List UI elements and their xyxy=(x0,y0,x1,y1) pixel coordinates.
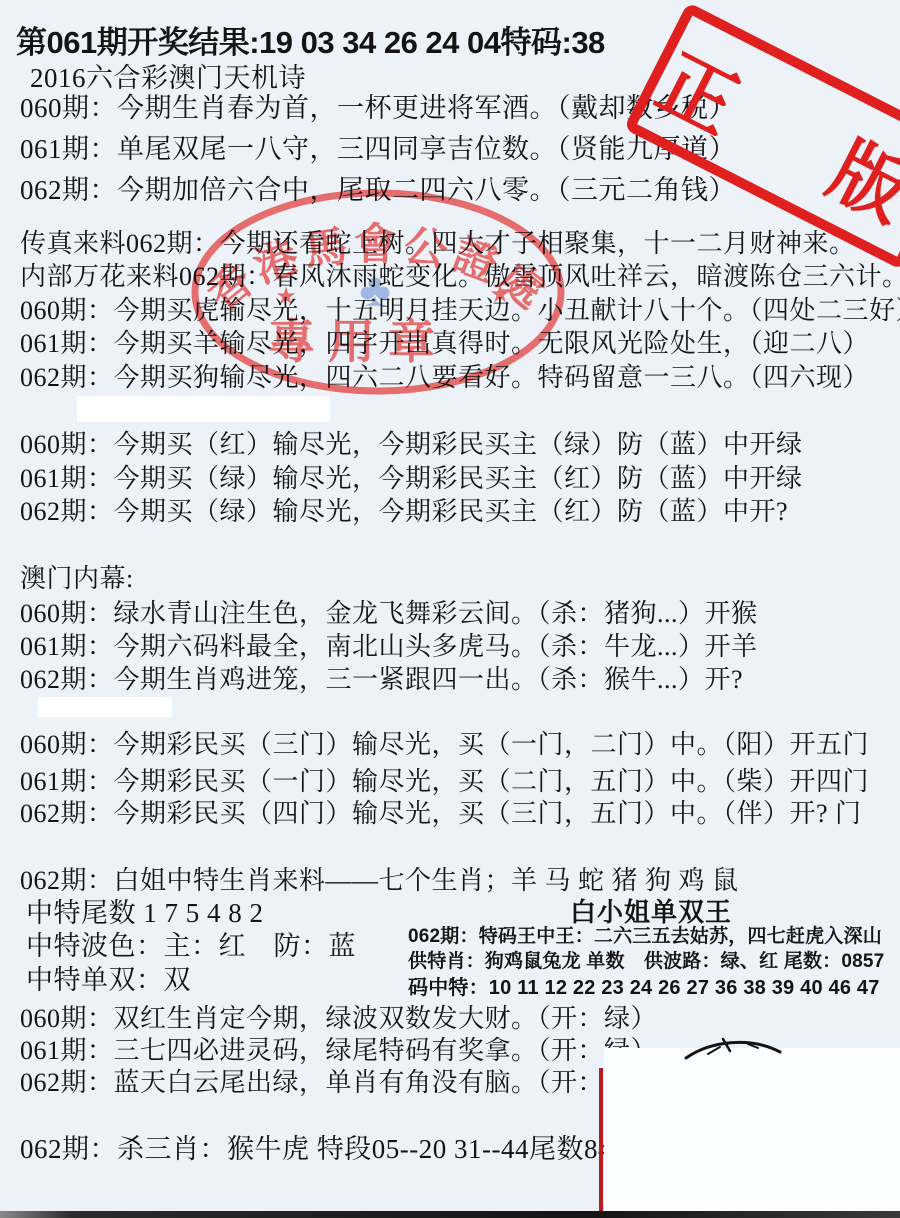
paper-edge-area xyxy=(604,1048,900,1212)
color-tip-line: 060期：今期买（红）输尽光，今期彩民买主（绿）防（蓝）中开绿 xyxy=(20,431,803,460)
chuanzhen-line: 061期：今期买羊输尽光，四字开出真得时。无限风光险处生，（迎二八） xyxy=(20,330,869,359)
zhongte-line: 中特尾数 1 7 5 4 8 2 xyxy=(26,899,264,929)
red-vertical-line xyxy=(599,1068,603,1212)
tianji-heading: 2016六合彩澳门天机诗 xyxy=(30,64,306,94)
men-tip-line: 061期：今期彩民买（一门）输尽光，买（二门，五门）中。（柴）开四门 xyxy=(20,768,869,797)
chuanzhen-line: 内部万花来料062期：春风沐雨蛇变化。傲雪顶风吐祥云，暗渡陈仓三六计。 xyxy=(20,263,900,292)
neimu-line: 061期：今期六码料最全，南北山头多虎马。（杀：牛龙...）开羊 xyxy=(20,633,758,662)
men-tip-line: 060期：今期彩民买（三门）输尽光，买（一门，二门）中。（阳）开五门 xyxy=(20,731,869,760)
kai-tip-line: 061期：三七四必进灵码，绿尾特码有奖拿。（开：绿） xyxy=(20,1037,657,1066)
page-title: 第061期开奖结果:19 03 34 26 24 04特码:38 xyxy=(16,26,605,60)
men-tip-line: 062期：今期彩民买（四门）输尽光，买（三门，五门）中。（伴）开? 门 xyxy=(20,800,862,829)
lottery-tip-sheet: ♣ 香港馬會公證處 ★ ★ 專用章 第061期开奖结果:19 03 34 26 … xyxy=(0,0,900,1218)
zhongte-line: 中特单双：双 xyxy=(26,966,191,996)
neimu-line: 062期：今期生肖鸡进笼，三一紧跟四一出。（杀：猴牛...）开? xyxy=(20,666,743,695)
whiteout-box xyxy=(38,697,172,717)
baixiaojie-line: 码中特：10 11 12 22 23 24 26 27 36 38 39 40 … xyxy=(408,971,880,1000)
kai-tip-line: 060期：双红生肖定今期，绿波双数发大财。（开：绿） xyxy=(20,1005,657,1034)
baixiaojie-line: 供特肖：狗鸡鼠兔龙 单数 供波路：绿、红 尾数：0857 xyxy=(408,946,884,973)
whiteout-box xyxy=(77,396,330,422)
baixiaojie-line: 062期：特码王中王：二六三五去姑苏，四七赶虎入深山 xyxy=(408,921,882,948)
neimu-heading: 澳门内幕: xyxy=(20,565,134,594)
kai-tip-line: 062期：蓝天白云尾出绿，单肖有角没有脑。（开：? ） xyxy=(20,1069,650,1098)
neimu-line: 060期：绿水青山注生色，金龙飞舞彩云间。（杀：猪狗...）开猴 xyxy=(20,600,758,629)
chuanzhen-line: 062期：今期买狗输尽光，四六二八要看好。特码留意一三八。（四六现） xyxy=(20,364,869,393)
ink-squiggle xyxy=(678,1032,808,1064)
sha-sanxiao-line: 062期：杀三肖：猴牛虎 特段05--20 31--44尾数84523 xyxy=(20,1135,654,1165)
zhongte-line: 中特波色：主：红 防：蓝 xyxy=(26,932,356,962)
color-tip-line: 061期：今期买（绿）输尽光，今期彩民买主（红）防（蓝）中开绿 xyxy=(20,465,803,494)
bottom-dark-strip xyxy=(0,1211,900,1218)
chuanzhen-line: 传真来料062期：今期还看蛇上树。四大才子相聚集，十一二月财神来。 xyxy=(20,230,856,259)
tianji-line: 061期：单尾双尾一八守，三四同享吉位数。（贤能九厚道） xyxy=(20,135,736,165)
color-tip-line: 062期：今期买（绿）输尽光，今期彩民买主（红）防（蓝）中开? xyxy=(20,498,788,527)
tianji-line: 062期：今期加倍六合中，尾取二四六八零。（三元二角钱） xyxy=(20,176,736,206)
baixiaojie-box: 白小姐单双王 062期：特码王中王：二六三五去姑苏，四七赶虎入深山 供特肖：狗鸡… xyxy=(405,892,897,929)
chuanzhen-line: 060期：今期买虎输尽光，十五明月挂天边。小丑献计八十个。（四处二三好） xyxy=(20,297,900,326)
